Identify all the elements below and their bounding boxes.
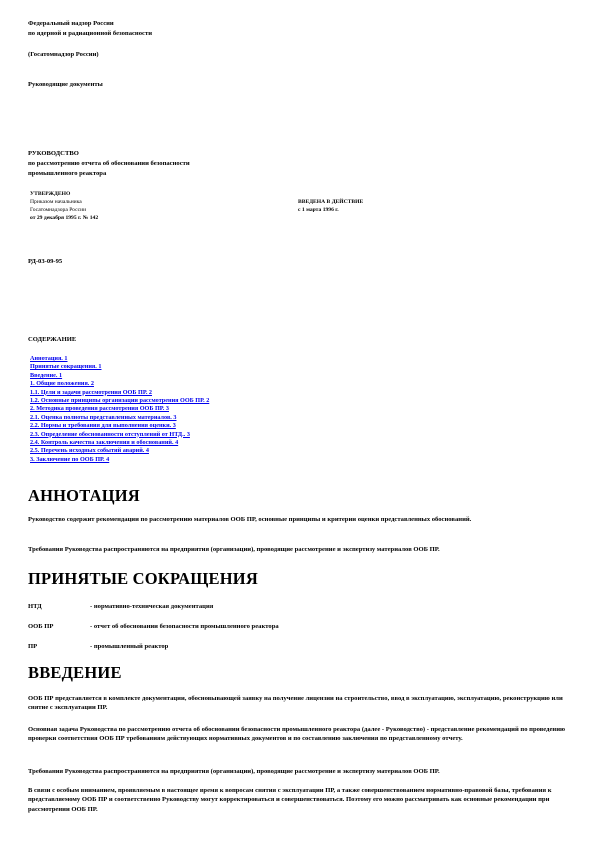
document-title: РУКОВОДСТВО — [28, 150, 79, 158]
toc-heading: СОДЕРЖАНИЕ — [28, 336, 76, 344]
abbreviation-row: НТД- нормативно-техническая документация — [28, 603, 213, 611]
abbreviation-row: ПР- промышленный реактор — [28, 643, 168, 651]
introduction-heading: ВВЕДЕНИЕ — [28, 664, 122, 682]
document-subtitle-line-1: по рассмотрению отчета об обосновании бе… — [28, 160, 190, 168]
annotation-heading: АННОТАЦИЯ — [28, 487, 140, 505]
introduction-paragraph-3: Требования Руководства распространяются … — [28, 767, 568, 776]
effective-label: ВВЕДЕНА В ДЕЙСТВИЕ — [298, 199, 363, 206]
agency-line-2: по ядерной и радиационной безопасности — [28, 30, 152, 38]
toc-link-accident-events[interactable]: 2.5. Перечень исходных событий аварий. 4 — [30, 447, 209, 455]
toc-link-introduction[interactable]: Введение. 1 — [30, 372, 209, 380]
abbreviation-definition: - промышленный реактор — [90, 643, 168, 650]
abbreviation-row: ООБ ПР- отчет об обосновании безопасност… — [28, 623, 279, 631]
toc-link-general-provisions[interactable]: 1. Общие положения. 2 — [30, 380, 209, 388]
annotation-paragraph-2: Требования Руководства распространяются … — [28, 545, 568, 554]
toc-link-abbreviations[interactable]: Принятые сокращения. 1 — [30, 363, 209, 371]
document-category: Руководящие документы — [28, 81, 103, 89]
introduction-paragraph-1: ООБ ПР представляется в комплекте докуме… — [28, 694, 568, 713]
toc-link-deviations[interactable]: 2.3. Определение обоснованности отступле… — [30, 431, 209, 439]
introduction-paragraph-4: В связи с особым вниманием, проявляемым … — [28, 786, 568, 814]
toc-link-norms[interactable]: 2.2. Нормы и требования для выполнения о… — [30, 422, 209, 430]
toc-link-annotation[interactable]: Аннотация. 1 — [30, 355, 209, 363]
abbreviation-term: ПР — [28, 643, 90, 651]
effective-date: с 1 марта 1996 г. — [298, 207, 339, 214]
agency-short-name: (Госатомнадзор России) — [28, 51, 99, 59]
table-of-contents: Аннотация. 1 Принятые сокращения. 1 Введ… — [30, 355, 209, 464]
annotation-paragraph-1: Руководство содержит рекомендации по рас… — [28, 515, 568, 524]
approved-label: УТВЕРЖДЕНО — [30, 191, 70, 198]
abbreviation-term: ООБ ПР — [28, 623, 90, 631]
toc-link-completeness[interactable]: 2.1. Оценка полноты представленных матер… — [30, 414, 209, 422]
toc-link-goals[interactable]: 1.1. Цели и задачи рассмотрения ООБ ПР. … — [30, 389, 209, 397]
document-page: Федеральный надзор России по ядерной и р… — [0, 0, 595, 842]
abbreviation-definition: - нормативно-техническая документация — [90, 603, 213, 610]
approved-by-line-2: Госатомнадзора России — [30, 207, 86, 214]
agency-line-1: Федеральный надзор России — [28, 20, 114, 28]
toc-link-methodology[interactable]: 2. Методика проведения рассмотрения ООБ … — [30, 405, 209, 413]
document-code: РД-03-09-95 — [28, 258, 62, 266]
abbreviation-term: НТД — [28, 603, 90, 611]
document-subtitle-line-2: промышленного реактора — [28, 170, 106, 178]
toc-link-conclusion[interactable]: 3. Заключение по ООБ ПР. 4 — [30, 456, 209, 464]
toc-link-quality-control[interactable]: 2.4. Контроль качества заключения и обос… — [30, 439, 209, 447]
abbreviation-definition: - отчет об обосновании безопасности пром… — [90, 623, 279, 630]
introduction-paragraph-2: Основная задача Руководства по рассмотре… — [28, 725, 568, 744]
approved-by-line-1: Приказом начальника — [30, 199, 82, 206]
abbreviations-heading: ПРИНЯТЫЕ СОКРАЩЕНИЯ — [28, 570, 258, 588]
toc-link-principles[interactable]: 1.2. Основные принципы организации рассм… — [30, 397, 209, 405]
approved-by-line-3: от 29 декабря 1995 г. № 142 — [30, 215, 98, 222]
